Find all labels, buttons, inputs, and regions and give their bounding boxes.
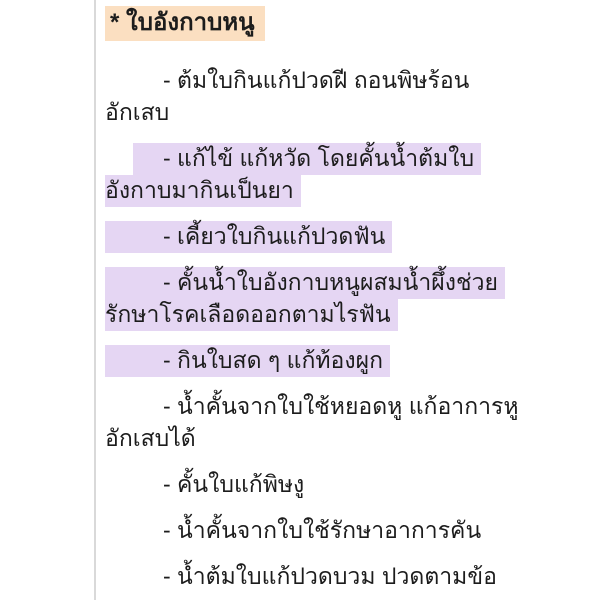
plain-text: - น้ำต้มใบแก้ปวดบวม ปวดตามข้อ	[163, 563, 497, 589]
bullet-line: - คั้นใบแก้พิษงู	[105, 468, 600, 500]
plain-text: อักเสบได้	[105, 425, 196, 451]
bullet-item: - น้ำต้มใบแก้ปวดบวม ปวดตามข้อ	[105, 560, 600, 592]
bullet-line: - น้ำต้มใบแก้ปวดบวม ปวดตามข้อ	[105, 560, 600, 592]
highlighted-text: อังกาบมากินเป็นยา	[105, 175, 301, 207]
bullet-line: อังกาบมากินเป็นยา	[105, 174, 600, 206]
plain-text: - น้ำคั้นจากใบใช้รักษาอาการคัน	[163, 517, 481, 543]
plain-text: - ต้มใบกินแก้ปวดฝี ถอนพิษร้อน	[163, 67, 469, 93]
bullet-line: - คั้นน้ำใบอังกาบหนูผสมน้ำผึ้งช่วย	[105, 266, 600, 298]
highlighted-text: - เคี้ยวใบกินแก้ปวดฟัน	[105, 221, 392, 253]
plain-text: อักเสบ	[105, 99, 169, 125]
highlighted-text: - คั้นน้ำใบอังกาบหนูผสมน้ำผึ้งช่วย	[105, 267, 505, 299]
bullet-item: - น้ำคั้นจากใบใช้หยอดหู แก้อาการหูอักเสบ…	[105, 390, 600, 454]
bullet-item: - แก้ไข้ แก้หวัด โดยคั้นน้ำต้มใบอังกาบมา…	[105, 142, 600, 206]
document-page: * ใบอังกาบหนู - ต้มใบกินแก้ปวดฝี ถอนพิษร…	[0, 0, 600, 600]
document-content: * ใบอังกาบหนู - ต้มใบกินแก้ปวดฝี ถอนพิษร…	[96, 6, 600, 600]
bullet-item: - กินใบสด ๆ แก้ท้องผูก	[105, 344, 600, 376]
bullet-line: - เคี้ยวใบกินแก้ปวดฟัน	[105, 220, 600, 252]
section-title-highlight: * ใบอังกาบหนู	[105, 6, 265, 41]
bullet-line: รักษาโรคเลือดออกตามไรฟัน	[105, 298, 600, 330]
bullet-line: - กินใบสด ๆ แก้ท้องผูก	[105, 344, 600, 376]
highlighted-text: รักษาโรคเลือดออกตามไรฟัน	[105, 299, 398, 331]
bullet-line: - ต้มใบกินแก้ปวดฝี ถอนพิษร้อน	[105, 64, 600, 96]
plain-text: - คั้นใบแก้พิษงู	[163, 471, 304, 497]
bullet-line: - แก้ไข้ แก้หวัด โดยคั้นน้ำต้มใบ	[105, 142, 600, 174]
highlighted-text: - กินใบสด ๆ แก้ท้องผูก	[105, 345, 390, 377]
bullet-list: - ต้มใบกินแก้ปวดฝี ถอนพิษร้อนอักเสบ- แก้…	[105, 64, 600, 592]
plain-text: - น้ำคั้นจากใบใช้หยอดหู แก้อาการหู	[163, 393, 519, 419]
bullet-item: - คั้นใบแก้พิษงู	[105, 468, 600, 500]
bullet-item: - น้ำคั้นจากใบใช้รักษาอาการคัน	[105, 514, 600, 546]
bullet-item: - ต้มใบกินแก้ปวดฝี ถอนพิษร้อนอักเสบ	[105, 64, 600, 128]
bullet-item: - เคี้ยวใบกินแก้ปวดฟัน	[105, 220, 600, 252]
bullet-line: อักเสบ	[105, 96, 600, 128]
bullet-line: - น้ำคั้นจากใบใช้หยอดหู แก้อาการหู	[105, 390, 600, 422]
bullet-item: - คั้นน้ำใบอังกาบหนูผสมน้ำผึ้งช่วยรักษาโ…	[105, 266, 600, 330]
bullet-line: อักเสบได้	[105, 422, 600, 454]
section-title: * ใบอังกาบหนู	[105, 6, 600, 40]
highlighted-text: - แก้ไข้ แก้หวัด โดยคั้นน้ำต้มใบ	[133, 143, 481, 175]
bullet-line: - น้ำคั้นจากใบใช้รักษาอาการคัน	[105, 514, 600, 546]
